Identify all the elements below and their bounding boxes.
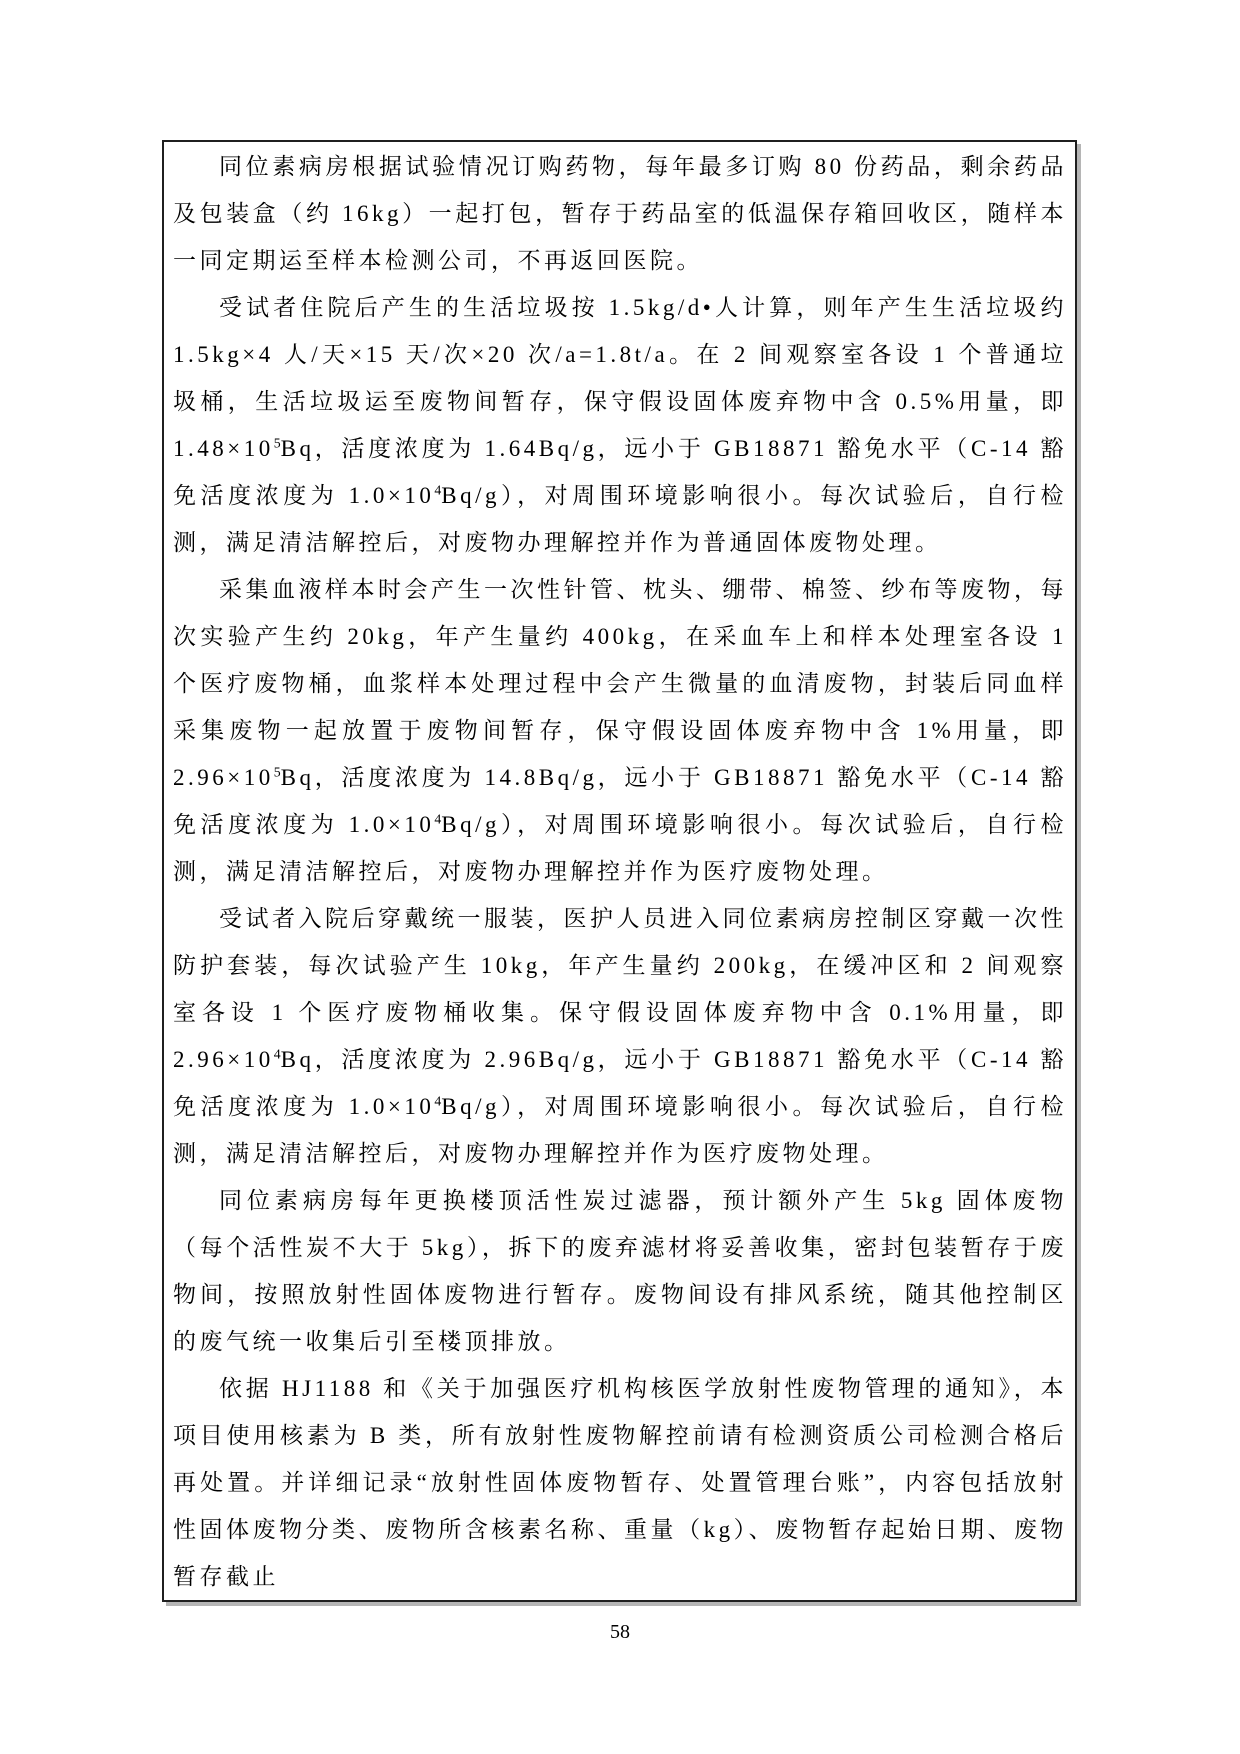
content-box: 同位素病房根据试验情况订购药物，每年最多订购 80 份药品，剩余药品及包装盒（约… xyxy=(162,140,1077,1602)
document-page: { "page": { "number": "58" }, "content":… xyxy=(0,0,1240,1754)
paragraph-protective-clothing-waste: 受试者入院后穿戴统一服装，医护人员进入同位素病房控制区穿戴一次性防护套装，每次试… xyxy=(173,895,1067,1177)
paragraph-regulation-ledger: 依据 HJ1188 和《关于加强医疗机构核医学放射性废物管理的通知》，本项目使用… xyxy=(173,1365,1067,1600)
paragraph-blood-sample-waste: 采集血液样本时会产生一次性针管、枕头、绷带、棉签、纱布等废物，每次实验产生约 2… xyxy=(173,566,1067,895)
page-number: 58 xyxy=(0,1618,1240,1646)
paragraph-drug-ordering: 同位素病房根据试验情况订购药物，每年最多订购 80 份药品，剩余药品及包装盒（约… xyxy=(173,143,1067,284)
paragraph-carbon-filter-waste: 同位素病房每年更换楼顶活性炭过滤器，预计额外产生 5kg 固体废物（每个活性炭不… xyxy=(173,1177,1067,1365)
paragraph-domestic-waste: 受试者住院后产生的生活垃圾按 1.5kg/d•人计算，则年产生生活垃圾约 1.5… xyxy=(173,284,1067,566)
